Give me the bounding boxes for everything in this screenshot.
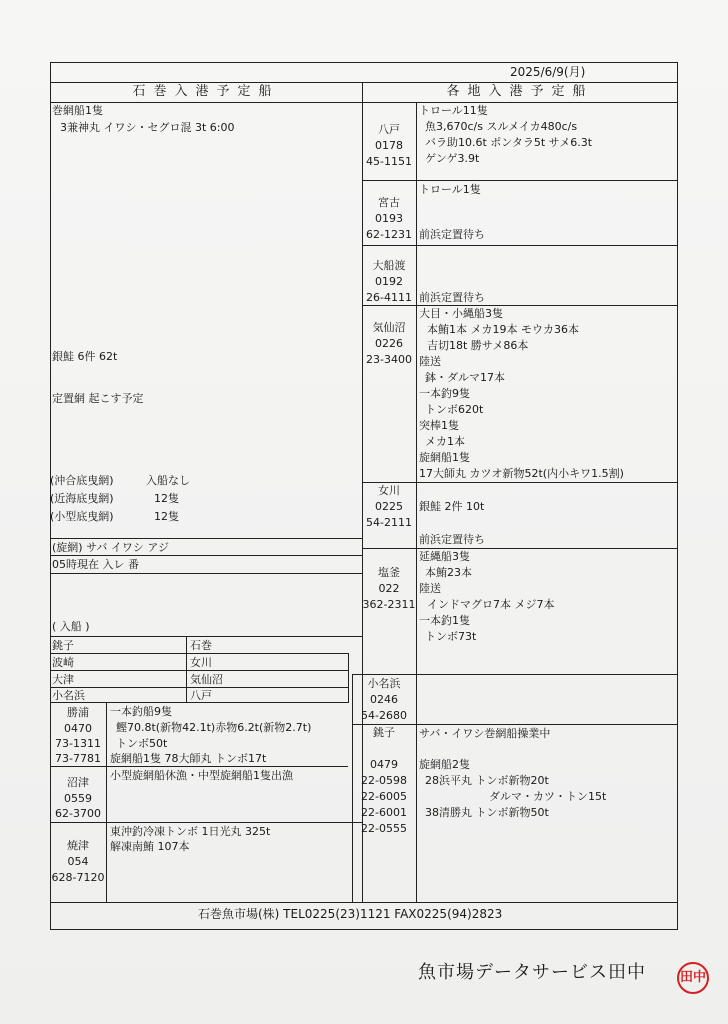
- port-name: 小名浜: [352, 676, 416, 691]
- port-phone: 0193: [362, 211, 416, 226]
- divider: [362, 245, 678, 246]
- port-phone: 022: [362, 581, 416, 596]
- port-phone: 73-1311: [50, 736, 106, 751]
- divider: [50, 82, 678, 83]
- divider: [186, 636, 187, 702]
- port-phone: 22-0555: [352, 821, 416, 836]
- arrival-right: 八戸: [190, 688, 212, 703]
- port-phone: 0559: [50, 791, 106, 806]
- divider: [362, 548, 678, 549]
- port-line: 鰹70.8t(新物42.1t)赤物6.2t(新物2.7t): [116, 720, 311, 735]
- port-line: 旋網船2隻: [419, 757, 470, 772]
- trawl-value: 入船なし: [146, 473, 190, 488]
- port-phone: 22-6001: [352, 805, 416, 820]
- left-title: 石巻入港予定船: [50, 84, 362, 99]
- port-line: 38清勝丸 トンボ新物50t: [425, 805, 549, 820]
- port-name: 気仙沼: [362, 320, 416, 335]
- divider: [50, 538, 362, 539]
- divider: [50, 573, 362, 574]
- port-phone: 54-2111: [362, 515, 416, 530]
- seal-stamp: 田中: [677, 962, 709, 994]
- divider: [348, 653, 349, 703]
- port-line: 銀鮭 2件 10t: [419, 499, 484, 514]
- port-line: 旋網船1隻 78大師丸 トンボ17t: [110, 751, 266, 766]
- port-name: 焼津: [50, 838, 106, 853]
- port-name: 沼津: [50, 775, 106, 790]
- divider: [50, 636, 362, 637]
- arrival-right: 気仙沼: [190, 672, 223, 687]
- schedule-table: 2025/6/9(月) 石巻入港予定船 各地入港予定船 巻網船1隻 3兼神丸 イ…: [50, 62, 678, 930]
- port-line: ゲンゲ3.9t: [425, 151, 479, 166]
- port-line: 小型旋網船休漁・中型旋網船1隻出漁: [110, 768, 293, 783]
- divider: [106, 702, 107, 902]
- port-phone: 0178: [362, 138, 416, 153]
- divider: [50, 822, 362, 823]
- port-phone: 62-3700: [50, 806, 106, 821]
- port-phone: 45-1151: [362, 154, 416, 169]
- arrival-left: 銚子: [52, 638, 74, 653]
- port-line: トロール1隻: [419, 182, 481, 197]
- port-phone: 0479: [352, 757, 416, 772]
- divider: [352, 724, 353, 902]
- port-line: 17大師丸 カツオ新物52t(内小キワ1.5割): [419, 466, 624, 481]
- port-line: 鉢・ダルマ17本: [425, 370, 505, 385]
- port-phone: 054: [50, 854, 106, 869]
- date: 2025/6/9(月): [510, 65, 585, 80]
- port-line: 東沖釣冷凍トンボ 1日光丸 325t: [110, 824, 270, 839]
- divider: [50, 902, 678, 903]
- port-line: トンボ620t: [425, 402, 483, 417]
- port-name: 勝浦: [50, 705, 106, 720]
- port-line: サバ・イワシ巻網船操業中: [419, 726, 550, 741]
- port-phone: 0246: [352, 692, 416, 707]
- port-line: 陸送: [419, 354, 441, 369]
- port-line: 本鮪1本 メカ19本 モウカ36本: [427, 322, 579, 337]
- port-name: 宮古: [362, 195, 416, 210]
- port-phone: 22-6005: [352, 789, 416, 804]
- port-name: 八戸: [362, 122, 416, 137]
- divider: [362, 305, 678, 306]
- purse-seine-label: 巻網船1隻: [52, 103, 103, 118]
- port-line: 吉切18t 勝サメ86本: [427, 338, 528, 353]
- trawl-label: (沖合底曳網): [50, 473, 114, 488]
- trawl-label: (近海底曳網): [50, 491, 114, 506]
- port-line: 一本釣9隻: [419, 386, 470, 401]
- silver-salmon: 銀鮭 6件 62t: [52, 349, 117, 364]
- port-line: トロール11隻: [419, 103, 488, 118]
- port-phone: 23-3400: [362, 352, 416, 367]
- port-line: 陸送: [419, 581, 441, 596]
- port-name: 銚子: [352, 725, 416, 740]
- port-phone: 0192: [362, 274, 416, 289]
- arrival-left: 大津: [52, 672, 74, 687]
- port-phone: 73-7781: [50, 751, 106, 766]
- port-line: 28浜平丸 トンボ新物20t: [425, 773, 549, 788]
- port-line: 一本釣船9隻: [110, 704, 172, 719]
- right-title: 各地入港予定船: [362, 84, 678, 99]
- port-line: 前浜定置待ち: [419, 227, 485, 242]
- port-phone: 628-7120: [50, 870, 106, 885]
- port-phone: 22-0598: [352, 773, 416, 788]
- divider: [362, 180, 678, 181]
- trawl-label: (小型底曳網): [50, 509, 114, 524]
- port-phone: 54-2680: [352, 708, 416, 723]
- port-line: 前浜定置待ち: [419, 532, 485, 547]
- port-line: インドマグロ7本 メジ7本: [427, 597, 555, 612]
- arrival-right: 石巻: [190, 638, 212, 653]
- arrival-left: 波崎: [52, 655, 74, 670]
- trawl-value: 12隻: [154, 491, 179, 506]
- port-line: メカ1本: [425, 434, 465, 449]
- footer-contact: 石巻魚市場(株) TEL0225(23)1121 FAX0225(94)2823: [198, 907, 502, 922]
- port-name: 女川: [362, 483, 416, 498]
- arrivals-label: ( 入船 ): [52, 619, 90, 634]
- port-line: バラ助10.6t ポンタラ5t サメ6.3t: [425, 135, 592, 150]
- arrival-right: 女川: [190, 655, 212, 670]
- divider: [352, 674, 353, 724]
- divider: [50, 670, 348, 671]
- port-phone: 0225: [362, 499, 416, 514]
- port-phone: 362-2311: [362, 597, 416, 612]
- port-phone: 26-4111: [362, 290, 416, 305]
- port-line: 魚3,670c/s スルメイカ480c/s: [425, 119, 577, 134]
- as-of-line: 05時現在 入レ 番: [52, 557, 139, 572]
- port-line: トンボ73t: [425, 629, 476, 644]
- divider: [416, 102, 417, 902]
- port-line: ダルマ・カツ・トン15t: [489, 789, 606, 804]
- divider: [50, 766, 348, 767]
- port-line: トンボ50t: [116, 736, 167, 751]
- divider: [50, 102, 678, 103]
- purse-seine-detail: 3兼神丸 イワシ・セグロ混 3t 6:00: [60, 120, 235, 135]
- port-line: 本鮪23本: [425, 565, 472, 580]
- divider: [50, 555, 362, 556]
- port-phone: 62-1231: [362, 227, 416, 242]
- arrival-left: 小名浜: [52, 688, 85, 703]
- port-line: 前浜定置待ち: [419, 290, 485, 305]
- port-line: 解凍南鮪 107本: [110, 839, 190, 854]
- divider: [50, 653, 348, 654]
- signature: 魚市場データサービス田中: [418, 958, 646, 984]
- port-phone: 0226: [362, 336, 416, 351]
- port-line: 大目・小縄船3隻: [419, 306, 503, 321]
- port-line: 一本釣1隻: [419, 613, 470, 628]
- port-name: 塩釜: [362, 565, 416, 580]
- port-line: 旋網船1隻: [419, 450, 470, 465]
- port-phone: 0470: [50, 721, 106, 736]
- port-name: 大船渡: [362, 258, 416, 273]
- set-net: 定置網 起こす予定: [52, 391, 144, 406]
- port-line: 延縄船3隻: [419, 549, 470, 564]
- port-line: 突棒1隻: [419, 418, 459, 433]
- divider: [352, 674, 678, 675]
- trawl-value: 12隻: [154, 509, 179, 524]
- purse-net-line: (旋網) サバ イワシ アジ: [52, 540, 169, 555]
